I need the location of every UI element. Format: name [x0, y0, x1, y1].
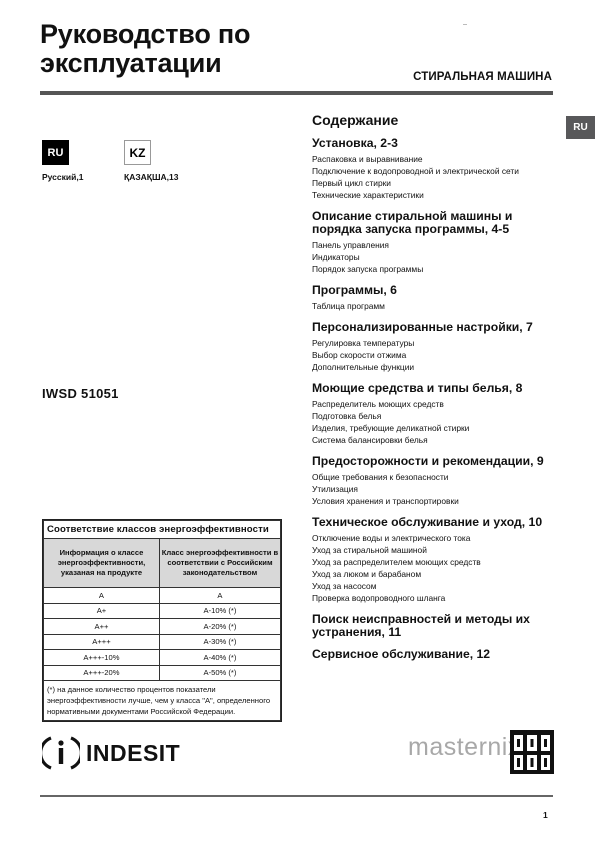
toc-item[interactable]: Условия хранения и транспортировки [312, 495, 562, 507]
toc-item[interactable]: Подготовка белья [312, 410, 562, 422]
toc-section-heading[interactable]: Программы, 6 [312, 284, 562, 297]
toc-item[interactable]: Регулировка температуры [312, 337, 562, 349]
toc-section: Описание стиральной машины и порядка зап… [312, 210, 562, 275]
header-divider [40, 91, 553, 95]
energy-class-table: Соответствие классов энергоэффективности… [42, 519, 282, 722]
russian-class-cell: A-20% (*) [159, 619, 280, 635]
toc-item[interactable]: Уход за распределителем моющих средств [312, 556, 562, 568]
product-class-cell: A+++-20% [44, 665, 160, 681]
indesit-logo: INDESIT [42, 735, 180, 771]
language-code-badge: RU [42, 140, 69, 165]
toc-item[interactable]: Проверка водопроводного шланга [312, 592, 562, 604]
table-row: A+A-10% (*) [44, 603, 281, 619]
language-label: ҚАЗАҚША,13 [124, 172, 178, 182]
table-row: A+++A-30% (*) [44, 634, 281, 650]
language-side-tab: RU [566, 116, 595, 139]
toc-item[interactable]: Изделия, требующие деликатной стирки [312, 422, 562, 434]
model-number: IWSD 51051 [42, 386, 119, 401]
toc-item[interactable]: Распаковка и выравнивание [312, 153, 562, 165]
table-row: AA [44, 588, 281, 604]
toc-item[interactable]: Индикаторы [312, 251, 562, 263]
toc-item[interactable]: Выбор скорости отжима [312, 349, 562, 361]
toc-section: Сервисное обслуживание, 12 [312, 648, 562, 661]
toc-item[interactable]: Таблица программ [312, 300, 562, 312]
product-type: СТИРАЛЬНАЯ МАШИНА [413, 71, 552, 83]
column-header-russian-class: Класс энергоэффективности в соответствии… [159, 539, 280, 588]
language-label: Русский,1 [42, 172, 83, 182]
toc-item[interactable]: Система балансировки белья [312, 434, 562, 446]
toc-section: Техническое обслуживание и уход, 10Отклю… [312, 516, 562, 604]
toc-section-heading[interactable]: Моющие средства и типы белья, 8 [312, 382, 562, 395]
table-footnote: (*) на данное количество процентов показ… [44, 681, 281, 721]
toc-item[interactable]: Общие требования к безопасности [312, 471, 562, 483]
toc-item[interactable]: Первый цикл стирки [312, 177, 562, 189]
scan-mark [463, 24, 467, 25]
toc-item[interactable]: Утилизация [312, 483, 562, 495]
toc-section-heading[interactable]: Установка, 2-3 [312, 137, 562, 150]
product-class-cell: A++ [44, 619, 160, 635]
table-row: A++A-20% (*) [44, 619, 281, 635]
language-ru[interactable]: RU Русский,1 [42, 140, 83, 182]
russian-class-cell: A-40% (*) [159, 650, 280, 666]
russian-class-cell: A-10% (*) [159, 603, 280, 619]
brand-name: INDESIT [86, 740, 180, 767]
language-code-badge: KZ [124, 140, 151, 165]
toc-item[interactable]: Уход за насосом [312, 580, 562, 592]
toc-section-heading[interactable]: Техническое обслуживание и уход, 10 [312, 516, 562, 529]
toc-section-heading[interactable]: Предосторожности и рекомендации, 9 [312, 455, 562, 468]
toc-item[interactable]: Дополнительные функции [312, 361, 562, 373]
toc-item[interactable]: Уход за стиральной машиной [312, 544, 562, 556]
table-of-contents: Содержание Установка, 2-3Распаковка и вы… [312, 112, 562, 670]
toc-section-heading[interactable]: Описание стиральной машины и порядка зап… [312, 210, 562, 236]
footer-divider [40, 795, 553, 797]
toc-item[interactable]: Распределитель моющих средств [312, 398, 562, 410]
toc-section-heading[interactable]: Сервисное обслуживание, 12 [312, 648, 562, 661]
product-class-cell: A+++-10% [44, 650, 160, 666]
title-line-1: Руководство по [40, 20, 250, 49]
title-line-2: эксплуатации [40, 49, 250, 78]
russian-class-cell: A-30% (*) [159, 634, 280, 650]
russian-class-cell: A-50% (*) [159, 665, 280, 681]
product-class-cell: A [44, 588, 160, 604]
toc-item[interactable]: Подключение к водопроводной и электричес… [312, 165, 562, 177]
russian-class-cell: A [159, 588, 280, 604]
column-header-product-class: Информация о классе энергоэффективности,… [44, 539, 160, 588]
toc-item[interactable]: Панель управления [312, 239, 562, 251]
toc-section: Программы, 6Таблица программ [312, 284, 562, 312]
page-number: 1 [543, 810, 548, 820]
weee-disposal-icon [510, 730, 554, 779]
table-row: A+++-20%A-50% (*) [44, 665, 281, 681]
toc-section: Моющие средства и типы белья, 8Распредел… [312, 382, 562, 446]
toc-section-heading[interactable]: Поиск неисправностей и методы их устране… [312, 613, 562, 639]
language-kz[interactable]: KZ ҚАЗАҚША,13 [124, 140, 178, 182]
toc-section: Предосторожности и рекомендации, 9Общие … [312, 455, 562, 507]
toc-section: Персонализированные настройки, 7Регулиро… [312, 321, 562, 373]
product-class-cell: A+++ [44, 634, 160, 650]
toc-section: Поиск неисправностей и методы их устране… [312, 613, 562, 639]
toc-item[interactable]: Технические характеристики [312, 189, 562, 201]
product-class-cell: A+ [44, 603, 160, 619]
toc-section-heading[interactable]: Персонализированные настройки, 7 [312, 321, 562, 334]
toc-title: Содержание [312, 112, 562, 128]
toc-section: Установка, 2-3Распаковка и выравниваниеП… [312, 137, 562, 201]
toc-item[interactable]: Уход за люком и барабаном [312, 568, 562, 580]
toc-item[interactable]: Отключение воды и электрического тока [312, 532, 562, 544]
document-title: Руководство по эксплуатации [40, 20, 250, 78]
table-caption: Соответствие классов энергоэффективности [44, 521, 281, 539]
table-row: A+++-10%A-40% (*) [44, 650, 281, 666]
toc-item[interactable]: Порядок запуска программы [312, 263, 562, 275]
indesit-i-icon [42, 735, 80, 771]
